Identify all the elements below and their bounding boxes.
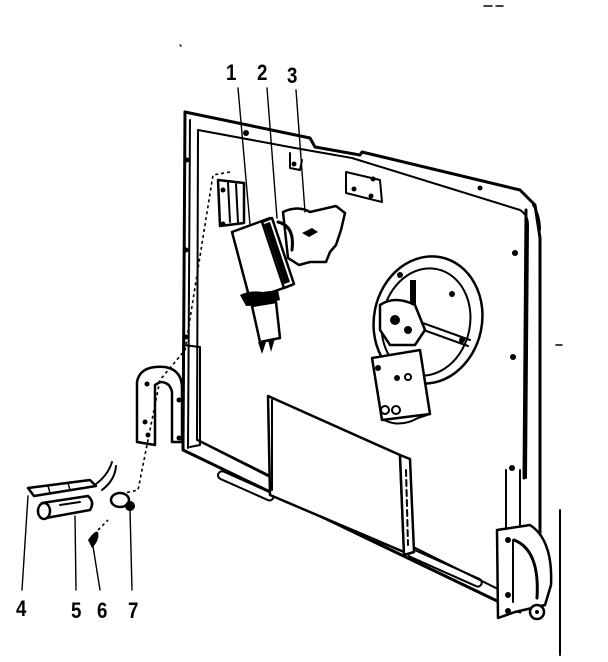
leader-lines (238, 88, 305, 225)
callout-1: 1 (226, 62, 236, 84)
callout-7: 7 (128, 600, 138, 622)
callout-4: 4 (16, 598, 26, 620)
scan-marks (180, 6, 562, 345)
right-hinge (497, 470, 560, 655)
callout-6: 6 (97, 600, 107, 622)
callout-2: 2 (257, 62, 267, 84)
hardware-parts (22, 172, 230, 590)
parts-diagram (0, 0, 608, 662)
callout-3: 3 (287, 65, 297, 87)
callout-5: 5 (71, 600, 81, 622)
left-hinge (137, 345, 200, 447)
valve-assembly (362, 246, 494, 423)
switch-assembly (218, 180, 345, 354)
